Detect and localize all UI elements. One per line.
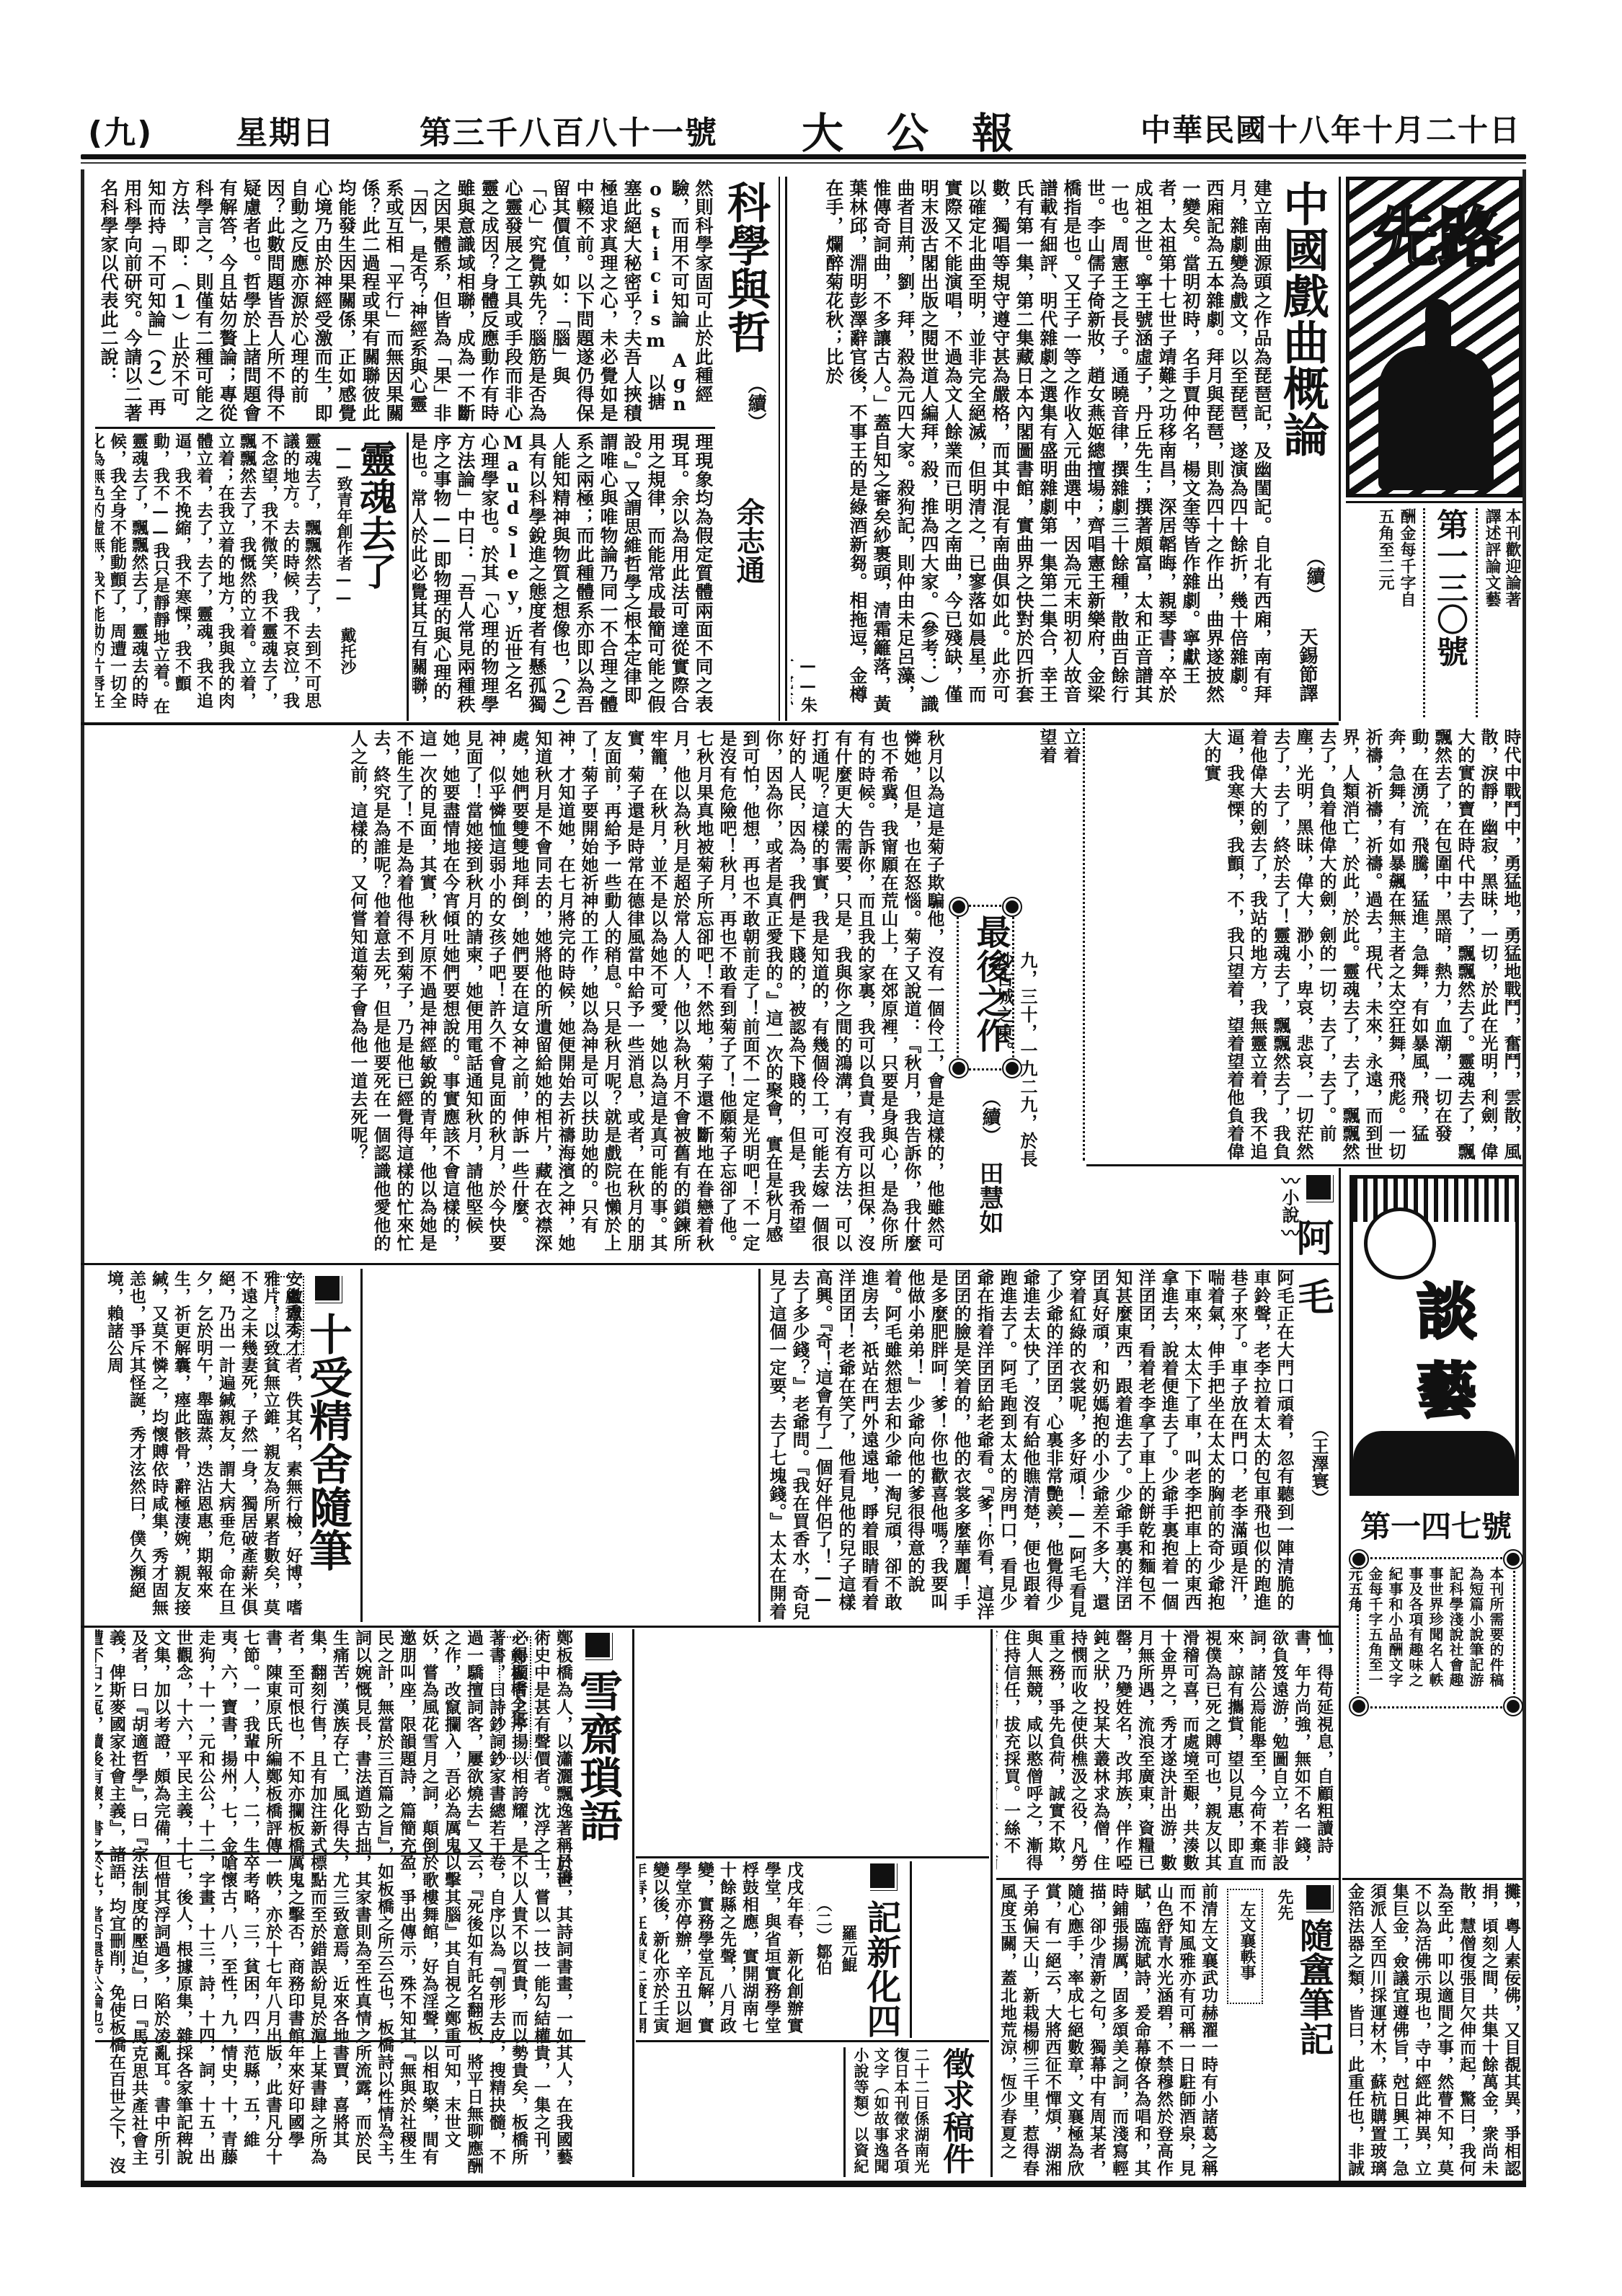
corner-ornament-icon [950, 1060, 967, 1077]
section-divider [1086, 1164, 1523, 1166]
column-rule [991, 1629, 993, 2177]
horse-rider-silhouette-icon [1378, 346, 1494, 490]
section-square-icon [1306, 1885, 1334, 1912]
soul-poem-body: 靈魂去了，飄飄然去了，去到不可思議的地方。去的時候，我不哀泣，我不念望，我不微笑… [95, 433, 322, 717]
section-square-icon [870, 1863, 898, 1891]
notice-line-1: 本刊歡迎論著 [1503, 508, 1522, 608]
section-square-icon [585, 1633, 613, 1660]
last-work-author: 田慧如 [964, 1161, 1007, 1254]
soul-poem-continuation: 時代中戰鬥中，勇猛地，勇猛地戰鬥，奮鬥，雲散，風散，淚靜，幽寂，黑昧，一切，於此… [1086, 728, 1523, 1161]
page-number: (九) [88, 107, 153, 153]
weekday: 星期日 [236, 107, 335, 153]
amao-title: 阿毛 [1299, 1218, 1339, 1348]
xianlu-divider [1346, 501, 1523, 503]
column-rule [910, 1861, 912, 2038]
last-work-title: 最後之作 [966, 914, 1016, 1052]
newspaper-title: 大公報 [802, 99, 1057, 160]
amao-body-continued [365, 1270, 755, 1616]
science-article-title: 科學與哲學 [722, 180, 776, 353]
xinhua-body-upper [639, 1629, 985, 1853]
suian-title: 隨盦筆記 [1299, 1918, 1339, 2076]
xianlu-fee-notice: 酬金每千字自 五角至二元 [1360, 508, 1418, 717]
tanyi-notice-frame: 本刊所需要的件稿為短篇小說筆記游記科學淺說社會趣事世界珍聞名人軼事及各項有趣味之… [1357, 1557, 1515, 1708]
suian-subtitle-frame: 左文襄軼事 [1227, 1889, 1263, 2004]
section-divider [95, 1853, 542, 1855]
xuezhai-title: 雪齋瑣語 [578, 1669, 629, 1885]
band-divider [81, 1626, 1339, 1628]
xinhua-subtitle: （二）鄒伯禮 [809, 1896, 834, 1990]
corner-ornament-icon [1350, 1698, 1368, 1715]
zhengqiu-notice: 二十二日係湖南光復日本刊徵求各項文字（如故事逸聞小說等類）以資紀念望投稿諸君於明… [848, 2047, 931, 2177]
science-body-lower: 理現象均為假定質體兩面不同之表現耳。余以為用此法可達從實際合用之規律，而能常成最… [412, 433, 715, 717]
tanyi-logo-title: 談藝 [1396, 1272, 1497, 1431]
zhengqiu-title: 徵求稿件 [935, 2047, 978, 2177]
section-divider [95, 2040, 585, 2042]
suian-body-right: 攤，粵人素佞佛，又目覩其異，爭相認捐，頃刻之間，共集十餘萬金，衆尚未散，慧僧復張… [1346, 1883, 1523, 2178]
masthead-rule [81, 154, 1526, 159]
drama-article-body: 建立南曲源頭之作品為琵琶記，及幽閨記。自北有西廂，南有拜月，雜劇變為戲文，以至琵… [791, 179, 1274, 719]
section-divider [1342, 1878, 1523, 1880]
section-divider [636, 1856, 989, 1858]
masthead: (九) 星期日 第三千八百八十一號 大公報 中華民國十八年十月二十日 [81, 94, 1526, 160]
section-square-icon [1306, 1175, 1334, 1202]
shishou-title: 十受精舍隨筆 [308, 1312, 358, 1586]
xianlu-welcome-notice: 本刊歡迎論著 譯述評論文藝 [1479, 508, 1523, 717]
last-work-title-frame: 最後之作 [957, 905, 1014, 1071]
xianlu-logo-woodcut: 先路 [1346, 177, 1523, 497]
drama-cont-marker: （續） [1292, 548, 1328, 606]
corner-ornament-icon [1003, 1060, 1021, 1077]
xuezhai-body: 鄭板橋為人，以瀟灑飄逸著稱於世，其詩詞書畫，一如其人，在我國藝術史中是甚有聲價者… [95, 1629, 575, 2177]
publication-date: 中華民國十八年十月二十日 [1140, 107, 1521, 150]
column-rule [843, 2047, 846, 2177]
amao-genre-tag: 〰小說〰 [1274, 1171, 1303, 1251]
figures-silhouette-icon [1353, 1431, 1515, 1496]
column-rule [758, 1269, 761, 1622]
left-page-border [81, 169, 84, 2184]
stand-line: 立着 [1060, 728, 1081, 764]
suian-body: 前清左文襄武功赫濯一時有小諸葛之稱而不知風雅亦有可稱一日駐師酒泉，見山色舒青水光… [996, 1883, 1220, 2178]
soul-poem-author: 戴托沙 [329, 627, 358, 714]
last-work-cont-marker: （續） [967, 1089, 1003, 1146]
wavy-divider [1476, 508, 1478, 717]
drama-author: 天錫節譯 [1285, 627, 1321, 721]
section-divider [996, 1878, 1339, 1880]
column-rule [360, 1269, 363, 1622]
column-rule [632, 1629, 634, 2177]
amao-body: 阿毛正在大門口頑着，忽有聽到一陣清脆的車鈴聲，老李拉着太太的包車飛也似的跑進巷子… [766, 1269, 1295, 1622]
tanyi-issue-label: 第一四七號 [1353, 1503, 1519, 1543]
fee-line-1: 酬金每千字自 [1398, 508, 1417, 608]
corner-ornament-icon [1504, 1551, 1522, 1568]
wavy-divider [1423, 508, 1425, 717]
issue-number: 第三千八百八十一號 [420, 107, 718, 153]
xinhua-body: 戊戌年春，新化創辦實學堂，與省垣實務學堂桴鼓相應，實開湖南七十餘縣之先聲，八月政… [639, 1861, 805, 2034]
corner-ornament-icon [1350, 1551, 1368, 1568]
right-page-border [1523, 169, 1526, 2184]
xianlu-logo-title: 先路 [1371, 202, 1504, 274]
tanyi-logo-woodcut: 談藝 [1350, 1175, 1519, 1496]
last-work-body: 秋月以為這是菊子欺騙他，沒有一個伶工，會是這樣的，他雖然可憐她，但是，也在怒惱。… [95, 730, 946, 1259]
corner-ornament-icon [950, 898, 967, 916]
xinhua-author: 羅元鯤 [834, 1925, 859, 2004]
band-divider [81, 722, 1339, 725]
drama-signature: ——朱竹坨志居詩話。 [791, 656, 820, 721]
soul-poem-subtitle: ——致青年創作者—— [326, 440, 355, 620]
section-divider [95, 427, 715, 429]
science-author: 余志通 [726, 497, 769, 606]
science-cont-marker: （續） [733, 375, 769, 433]
figure-head-icon [1364, 1207, 1436, 1280]
wavy-ornament-icon: 〰 [1278, 1171, 1300, 1189]
xianlu-issue-label: 第一三〇號 [1429, 508, 1472, 717]
notice-line-2: 譯述評論文藝 [1483, 508, 1502, 608]
dotted-divider [1083, 728, 1085, 1161]
column-rule-double [785, 177, 787, 721]
column-rule [1339, 177, 1341, 721]
newspaper-page: (九) 星期日 第三千八百八十一號 大公報 中華民國十八年十月二十日 先路 本刊… [81, 94, 1526, 2184]
band-divider [81, 1263, 1339, 1265]
column-rule [1339, 1168, 1341, 2181]
suian-subtitle: 左文襄軼事 [1236, 1901, 1258, 1980]
rider-figure-icon [1425, 299, 1451, 364]
column-rule-double [779, 177, 780, 721]
shishou-body: 安徽盧秀才者，佚其名，素無行檢，好博，嗜雅片，以致貧無立錐，親友為所累者數矣，莫… [95, 1270, 304, 1616]
section-divider [636, 2040, 989, 2042]
tanyi-submission-notice: 本刊所需要的件稿為短篇小說筆記游記科學淺說社會趣事世界珍聞名人軼事及各項有趣味之… [1366, 1566, 1506, 1699]
amao-author: （王澤寰） [1303, 1420, 1331, 1528]
masthead-rule-thin [81, 162, 1526, 164]
column-rule [407, 433, 409, 721]
suian-body-upper-left: 恤，得苟延視息，自顧粗讀詩書，年力尚強，無如不名一錢，欲負笈遠游，勉圖自立，若非… [996, 1629, 1335, 1874]
corner-ornament-icon [1003, 898, 1021, 916]
soul-poem-title: 靈魂去了 [358, 440, 402, 598]
gaze-line: 望着 [1037, 728, 1058, 764]
xinhua-title: 記新化四鄉 [863, 1900, 906, 2058]
page-bottom-rule [81, 2181, 1526, 2187]
wavy-ornament-icon: 〰 [1278, 1223, 1300, 1241]
fee-line-2: 五角至二元 [1376, 508, 1395, 591]
corner-ornament-icon [1504, 1698, 1522, 1715]
section-square-icon [315, 1276, 342, 1303]
science-body-upper: 然則科學家固可止於此種經驗，而用不可知論 Agnosticism 以搪塞此絕大秘… [95, 179, 715, 424]
suian-author: 先先 [1270, 1889, 1295, 1946]
